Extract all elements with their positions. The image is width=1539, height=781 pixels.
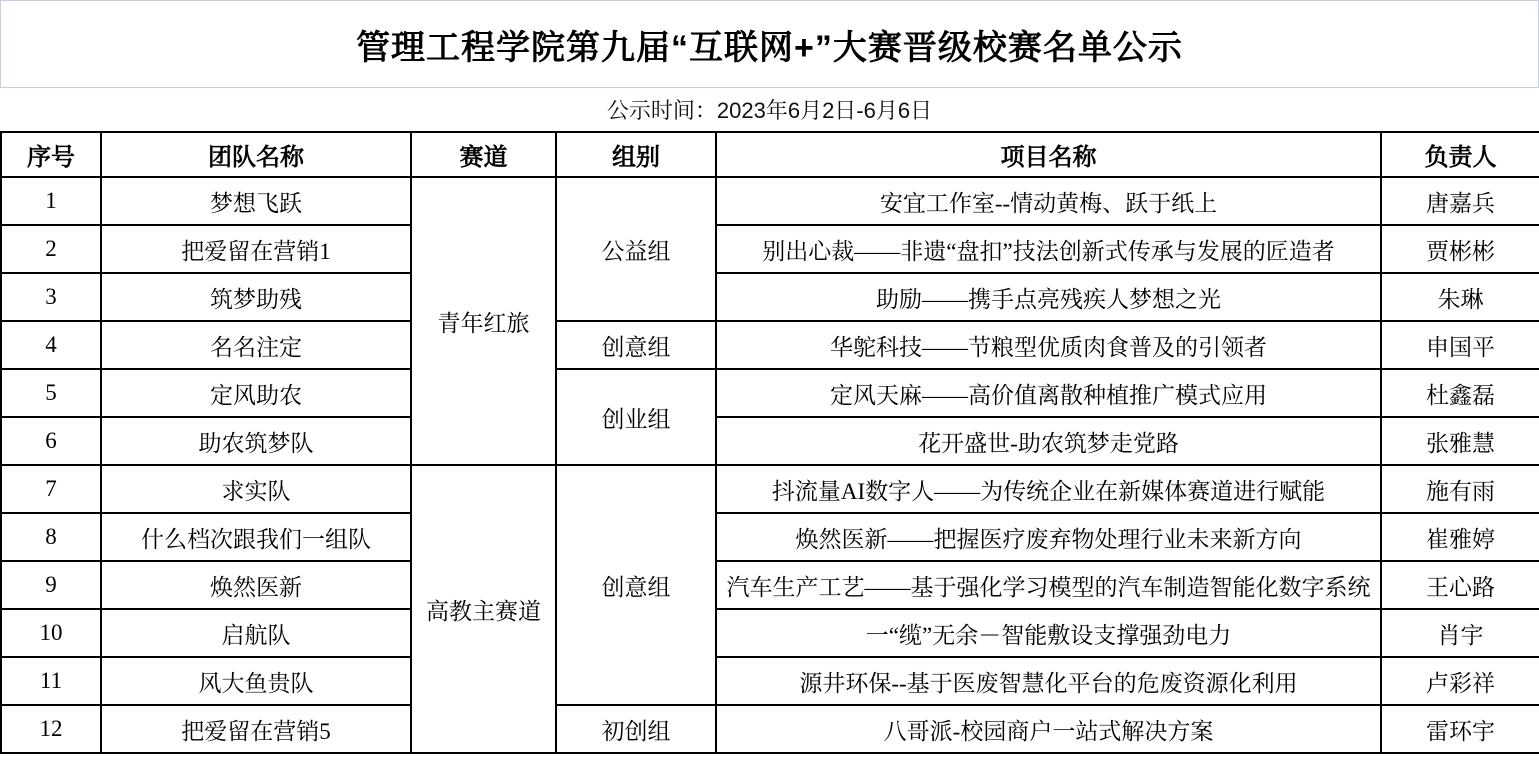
results-table: 序号 团队名称 赛道 组别 项目名称 负责人 1 梦想飞跃 青年红旅 公益组 安… (0, 131, 1539, 754)
leader-cell: 卢彩祥 (1381, 657, 1539, 705)
project-cell: 花开盛世-助农筑梦走党路 (716, 417, 1381, 465)
project-cell: 定风天麻——高价值离散种植推广模式应用 (716, 369, 1381, 417)
group-cell: 创业组 (556, 369, 716, 465)
team-cell: 什么档次跟我们一组队 (101, 513, 411, 561)
table-row: 11 风大鱼贵队 源井环保--基于医废智慧化平台的危废资源化利用 卢彩祥 (1, 657, 1539, 705)
project-cell: 安宜工作室--情动黄梅、跃于纸上 (716, 177, 1381, 225)
col-header-track: 赛道 (411, 132, 556, 177)
serial-cell: 1 (1, 177, 101, 225)
serial-cell: 11 (1, 657, 101, 705)
team-cell: 筑梦助残 (101, 273, 411, 321)
team-cell: 风大鱼贵队 (101, 657, 411, 705)
project-cell: 一“缆”无余－智能敷设支撑强劲电力 (716, 609, 1381, 657)
table-row: 8 什么档次跟我们一组队 焕然医新——把握医疗废弃物处理行业未来新方向 崔雅婷 (1, 513, 1539, 561)
group-cell: 创意组 (556, 465, 716, 705)
team-cell: 梦想飞跃 (101, 177, 411, 225)
project-cell: 抖流量AI数字人——为传统企业在新媒体赛道进行赋能 (716, 465, 1381, 513)
group-cell: 初创组 (556, 705, 716, 753)
leader-cell: 张雅慧 (1381, 417, 1539, 465)
serial-cell: 12 (1, 705, 101, 753)
leader-cell: 施有雨 (1381, 465, 1539, 513)
title-block: 管理工程学院第九届“互联网+”大赛晋级校赛名单公示 (0, 0, 1539, 88)
serial-cell: 4 (1, 321, 101, 369)
project-cell: 汽车生产工艺——基于强化学习模型的汽车制造智能化数字系统 (716, 561, 1381, 609)
table-row: 6 助农筑梦队 花开盛世-助农筑梦走党路 张雅慧 (1, 417, 1539, 465)
publish-time: 公示时间：2023年6月2日-6月6日 (607, 94, 932, 125)
team-cell: 助农筑梦队 (101, 417, 411, 465)
project-cell: 焕然医新——把握医疗废弃物处理行业未来新方向 (716, 513, 1381, 561)
table-row: 12 把爱留在营销5 初创组 八哥派-校园商户一站式解决方案 雷环宇 (1, 705, 1539, 753)
project-cell: 源井环保--基于医废智慧化平台的危废资源化利用 (716, 657, 1381, 705)
leader-cell: 贾彬彬 (1381, 225, 1539, 273)
serial-cell: 7 (1, 465, 101, 513)
table-row: 2 把爱留在营销1 别出心裁——非遗“盘扣”技法创新式传承与发展的匠造者 贾彬彬 (1, 225, 1539, 273)
leader-cell: 雷环宇 (1381, 705, 1539, 753)
project-cell: 华鸵科技——节粮型优质肉食普及的引领者 (716, 321, 1381, 369)
table-row: 4 名名注定 创意组 华鸵科技——节粮型优质肉食普及的引领者 申国平 (1, 321, 1539, 369)
track-cell: 青年红旅 (411, 177, 556, 465)
leader-cell: 唐嘉兵 (1381, 177, 1539, 225)
col-header-leader: 负责人 (1381, 132, 1539, 177)
serial-cell: 2 (1, 225, 101, 273)
team-cell: 求实队 (101, 465, 411, 513)
team-cell: 名名注定 (101, 321, 411, 369)
serial-cell: 6 (1, 417, 101, 465)
team-cell: 焕然医新 (101, 561, 411, 609)
col-header-team: 团队名称 (101, 132, 411, 177)
col-header-serial: 序号 (1, 132, 101, 177)
leader-cell: 杜鑫磊 (1381, 369, 1539, 417)
team-cell: 把爱留在营销1 (101, 225, 411, 273)
table-row: 3 筑梦助残 助励——携手点亮残疾人梦想之光 朱琳 (1, 273, 1539, 321)
serial-cell: 9 (1, 561, 101, 609)
leader-cell: 申国平 (1381, 321, 1539, 369)
table-row: 7 求实队 高教主赛道 创意组 抖流量AI数字人——为传统企业在新媒体赛道进行赋… (1, 465, 1539, 513)
project-cell: 助励——携手点亮残疾人梦想之光 (716, 273, 1381, 321)
table-row: 1 梦想飞跃 青年红旅 公益组 安宜工作室--情动黄梅、跃于纸上 唐嘉兵 (1, 177, 1539, 225)
serial-cell: 8 (1, 513, 101, 561)
team-cell: 把爱留在营销5 (101, 705, 411, 753)
serial-cell: 5 (1, 369, 101, 417)
table-row: 10 启航队 一“缆”无余－智能敷设支撑强劲电力 肖宇 (1, 609, 1539, 657)
leader-cell: 王心路 (1381, 561, 1539, 609)
project-cell: 八哥派-校园商户一站式解决方案 (716, 705, 1381, 753)
serial-cell: 10 (1, 609, 101, 657)
subtitle-block: 公示时间：2023年6月2日-6月6日 (0, 88, 1539, 131)
leader-cell: 肖宇 (1381, 609, 1539, 657)
serial-cell: 3 (1, 273, 101, 321)
header-row: 序号 团队名称 赛道 组别 项目名称 负责人 (1, 132, 1539, 177)
page-title: 管理工程学院第九届“互联网+”大赛晋级校赛名单公示 (356, 20, 1183, 69)
team-cell: 定风助农 (101, 369, 411, 417)
track-cell: 高教主赛道 (411, 465, 556, 753)
leader-cell: 崔雅婷 (1381, 513, 1539, 561)
project-cell: 别出心裁——非遗“盘扣”技法创新式传承与发展的匠造者 (716, 225, 1381, 273)
table-row: 9 焕然医新 汽车生产工艺——基于强化学习模型的汽车制造智能化数字系统 王心路 (1, 561, 1539, 609)
group-cell: 创意组 (556, 321, 716, 369)
team-cell: 启航队 (101, 609, 411, 657)
col-header-project: 项目名称 (716, 132, 1381, 177)
announcement-page: 管理工程学院第九届“互联网+”大赛晋级校赛名单公示 公示时间：2023年6月2日… (0, 0, 1539, 781)
col-header-group: 组别 (556, 132, 716, 177)
leader-cell: 朱琳 (1381, 273, 1539, 321)
group-cell: 公益组 (556, 177, 716, 321)
table-row: 5 定风助农 创业组 定风天麻——高价值离散种植推广模式应用 杜鑫磊 (1, 369, 1539, 417)
